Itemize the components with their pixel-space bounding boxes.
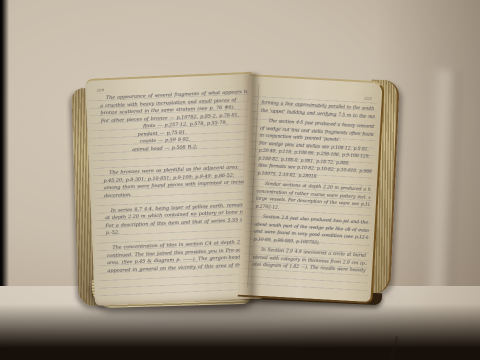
notebook-photograph: 220 The appearance of several fragments … bbox=[0, 0, 480, 360]
left-page-number: 220 bbox=[96, 87, 104, 92]
left-page: 220 The appearance of several fragments … bbox=[85, 72, 262, 306]
left-page-handwriting: The appearance of several fragments of w… bbox=[100, 89, 256, 275]
spine-shadow bbox=[241, 73, 261, 303]
right-page-number: 222 bbox=[364, 95, 372, 100]
right-page-handwriting: forming a line approximately parallel to… bbox=[252, 100, 375, 276]
